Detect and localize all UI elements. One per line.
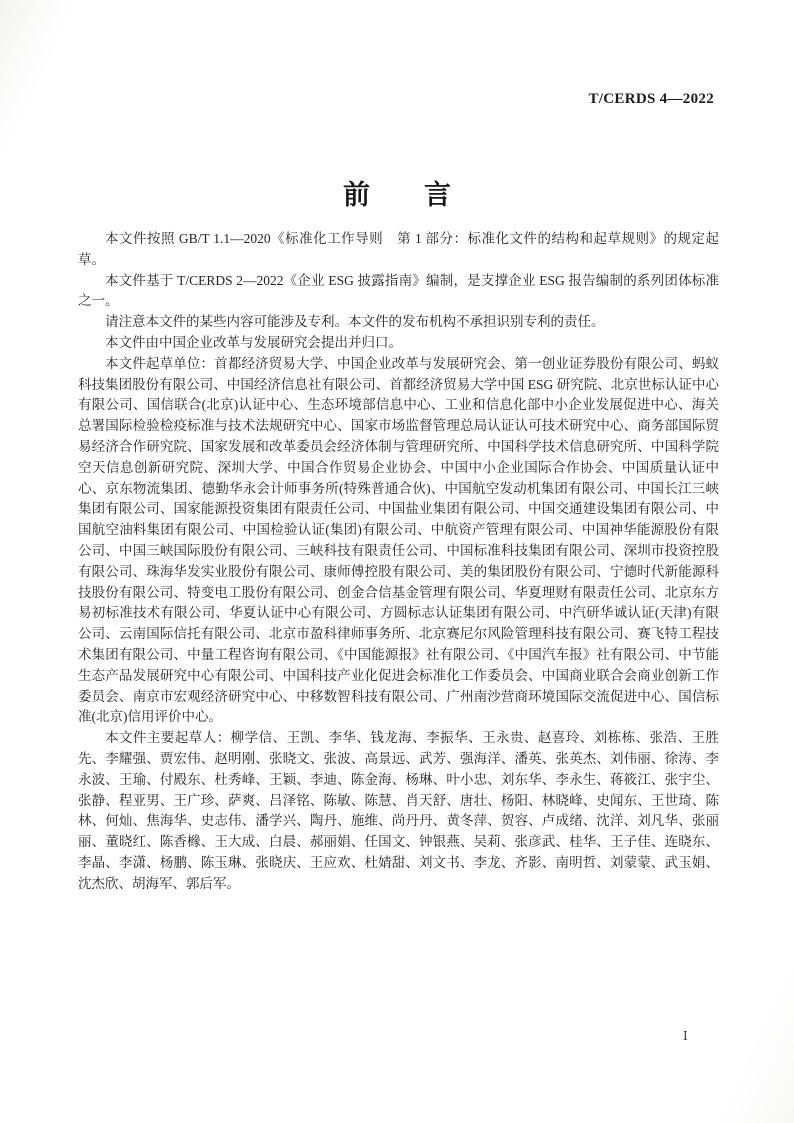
- paragraph-patent-notice: 请注意本文件的某些内容可能涉及专利。本文件的发布机构不承担识别专利的责任。: [78, 312, 719, 333]
- paragraph-main-drafters: 本文件主要起草人：柳学信、王凯、李华、钱龙海、李振华、王永贵、赵喜玲、刘栋栋、张…: [78, 728, 719, 894]
- standard-number: T/CERDS 4—2022: [589, 91, 714, 108]
- paragraph-drafting-organizations: 本文件起草单位：首都经济贸易大学、中国企业改革与发展研究会、第一创业证券股份有限…: [78, 354, 719, 728]
- document-page: T/CERDS 4—2022 前 言 本文件按照 GB/T 1.1—2020《标…: [0, 0, 794, 1123]
- foreword-body: 本文件按照 GB/T 1.1—2020《标准化工作导则 第 1 部分：标准化文件…: [78, 229, 719, 895]
- paragraph-centralized-by: 本文件由中国企业改革与发展研究会提出并归口。: [78, 333, 719, 354]
- page-title: 前 言: [0, 173, 794, 212]
- page-number: Ⅰ: [683, 1029, 688, 1044]
- paragraph-drafting-basis: 本文件按照 GB/T 1.1—2020《标准化工作导则 第 1 部分：标准化文件…: [78, 229, 719, 271]
- paragraph-series-note: 本文件基于 T/CERDS 2—2022《企业 ESG 披露指南》编制，是支撑企…: [78, 271, 719, 313]
